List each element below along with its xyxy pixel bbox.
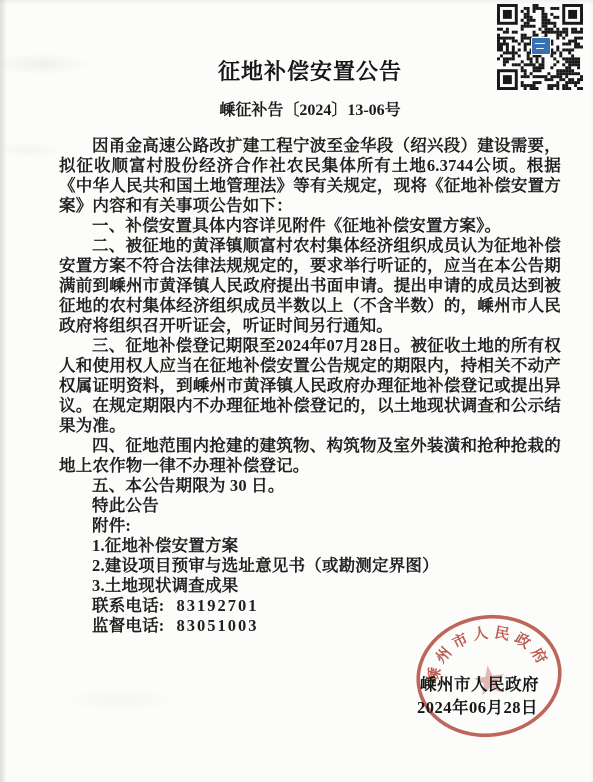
paragraph: 四、征地范围内抢建的建筑物、构筑物及室外装潢和抢种抢栽的地上农作物一律不办理补偿… <box>59 436 561 476</box>
contact-phone-label: 联系电话: <box>92 596 165 615</box>
qr-center-logo <box>531 37 551 55</box>
announcement-body: 因甬金高速公路改扩建工程宁波至金华段（绍兴段）建设需要，拟征收顺富村股份经济合作… <box>0 136 593 496</box>
issue-date: 2024年06月28日 <box>417 694 538 718</box>
document-number: 嵊征补告〔2024〕13-06号 <box>0 102 593 120</box>
attachment-item: 1.征地补偿安置方案 <box>59 536 561 556</box>
attachments-list: 1.征地补偿安置方案 2.建设项目预审与选址意见书（或勘测定界图） 3.土地现状… <box>0 536 593 596</box>
contact-phone-number: 83192701 <box>177 596 259 615</box>
paragraph: 三、征地补偿登记期限至2024年07月28日。被征收土地的所有权人和使用权人应当… <box>59 336 561 436</box>
attachment-item: 2.建设项目预审与选址意见书（或勘测定界图） <box>59 556 561 576</box>
paragraph: 二、被征地的黄泽镇顺富村农村集体经济组织成员认为征地补偿安置方案不符合法律法规规… <box>59 236 561 336</box>
paragraph: 因甬金高速公路改扩建工程宁波至金华段（绍兴段）建设需要，拟征收顺富村股份经济合作… <box>59 136 561 216</box>
supervision-phone-label: 监督电话: <box>92 616 165 635</box>
supervision-phone-line: 监督电话:83051003 <box>0 616 593 636</box>
contact-phone-line: 联系电话:83192701 <box>0 596 593 616</box>
attachments-label: 附件: <box>0 516 593 536</box>
announcement-page: 征地补偿安置公告 嵊征补告〔2024〕13-06号 因甬金高速公路改扩建工程宁波… <box>0 0 593 782</box>
qr-code <box>497 4 583 90</box>
attachment-item: 3.土地现状调查成果 <box>59 576 561 596</box>
issuer-signature: 嵊州市人民政府 <box>420 671 539 695</box>
supervision-phone-number: 83051003 <box>177 616 259 635</box>
closing-statement: 特此公告 <box>0 496 593 516</box>
paragraph: 五、本公告期限为 30 日。 <box>59 476 561 496</box>
paragraph: 一、补偿安置具体内容详见附件《征地补偿安置方案》。 <box>59 216 561 236</box>
